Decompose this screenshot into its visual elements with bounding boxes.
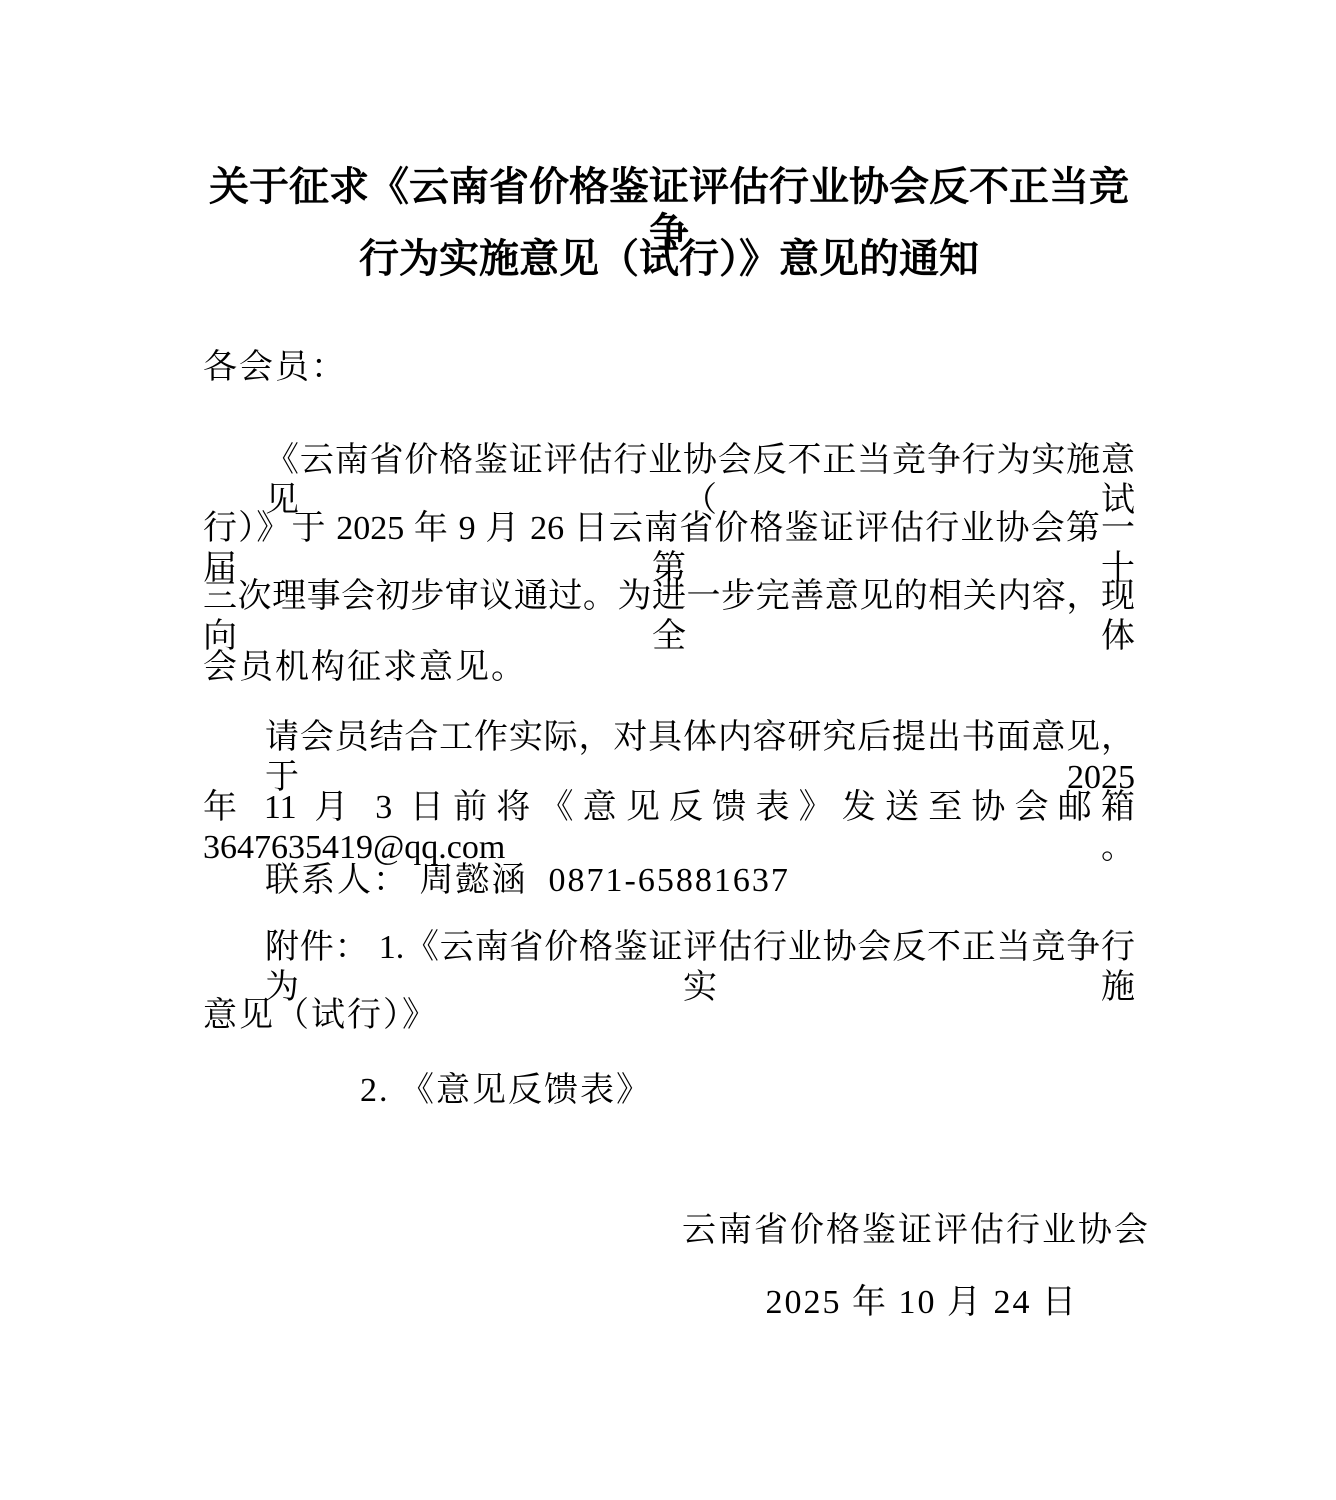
paragraph2-line-2: 年 11 月 3 日前将《意见反馈表》发送至协会邮箱 3647635419@qq… xyxy=(203,788,1135,868)
signature-date: 2025 年 10 月 24 日 xyxy=(203,1283,1150,1323)
attachment-line-2: 意见（试行）》 xyxy=(203,996,1135,1036)
notice-document-page: 关于征求《云南省价格鉴证评估行业协会反不正当竞争 行为实施意见（试行）》意见的通… xyxy=(0,0,1336,1500)
salutation-line: 各会员： xyxy=(203,348,1135,388)
notice-title-line-2: 行为实施意见（试行）》意见的通知 xyxy=(203,236,1135,282)
paragraph2-line-1: 请会员结合工作实际，对具体内容研究后提出书面意见，于 2025 xyxy=(203,718,1135,798)
contact-line: 联系人： 周懿涵 0871-65881637 xyxy=(203,861,1135,901)
paragraph1-line-4: 会员机构征求意见。 xyxy=(203,648,1135,688)
attachment-line-3: 2. 《意见反馈表》 xyxy=(203,1071,1135,1111)
paragraph1-line-3: 三次理事会初步审议通过。为进一步完善意见的相关内容，现向全体 xyxy=(203,577,1135,657)
signature-organization: 云南省价格鉴证评估行业协会 xyxy=(203,1211,1150,1251)
